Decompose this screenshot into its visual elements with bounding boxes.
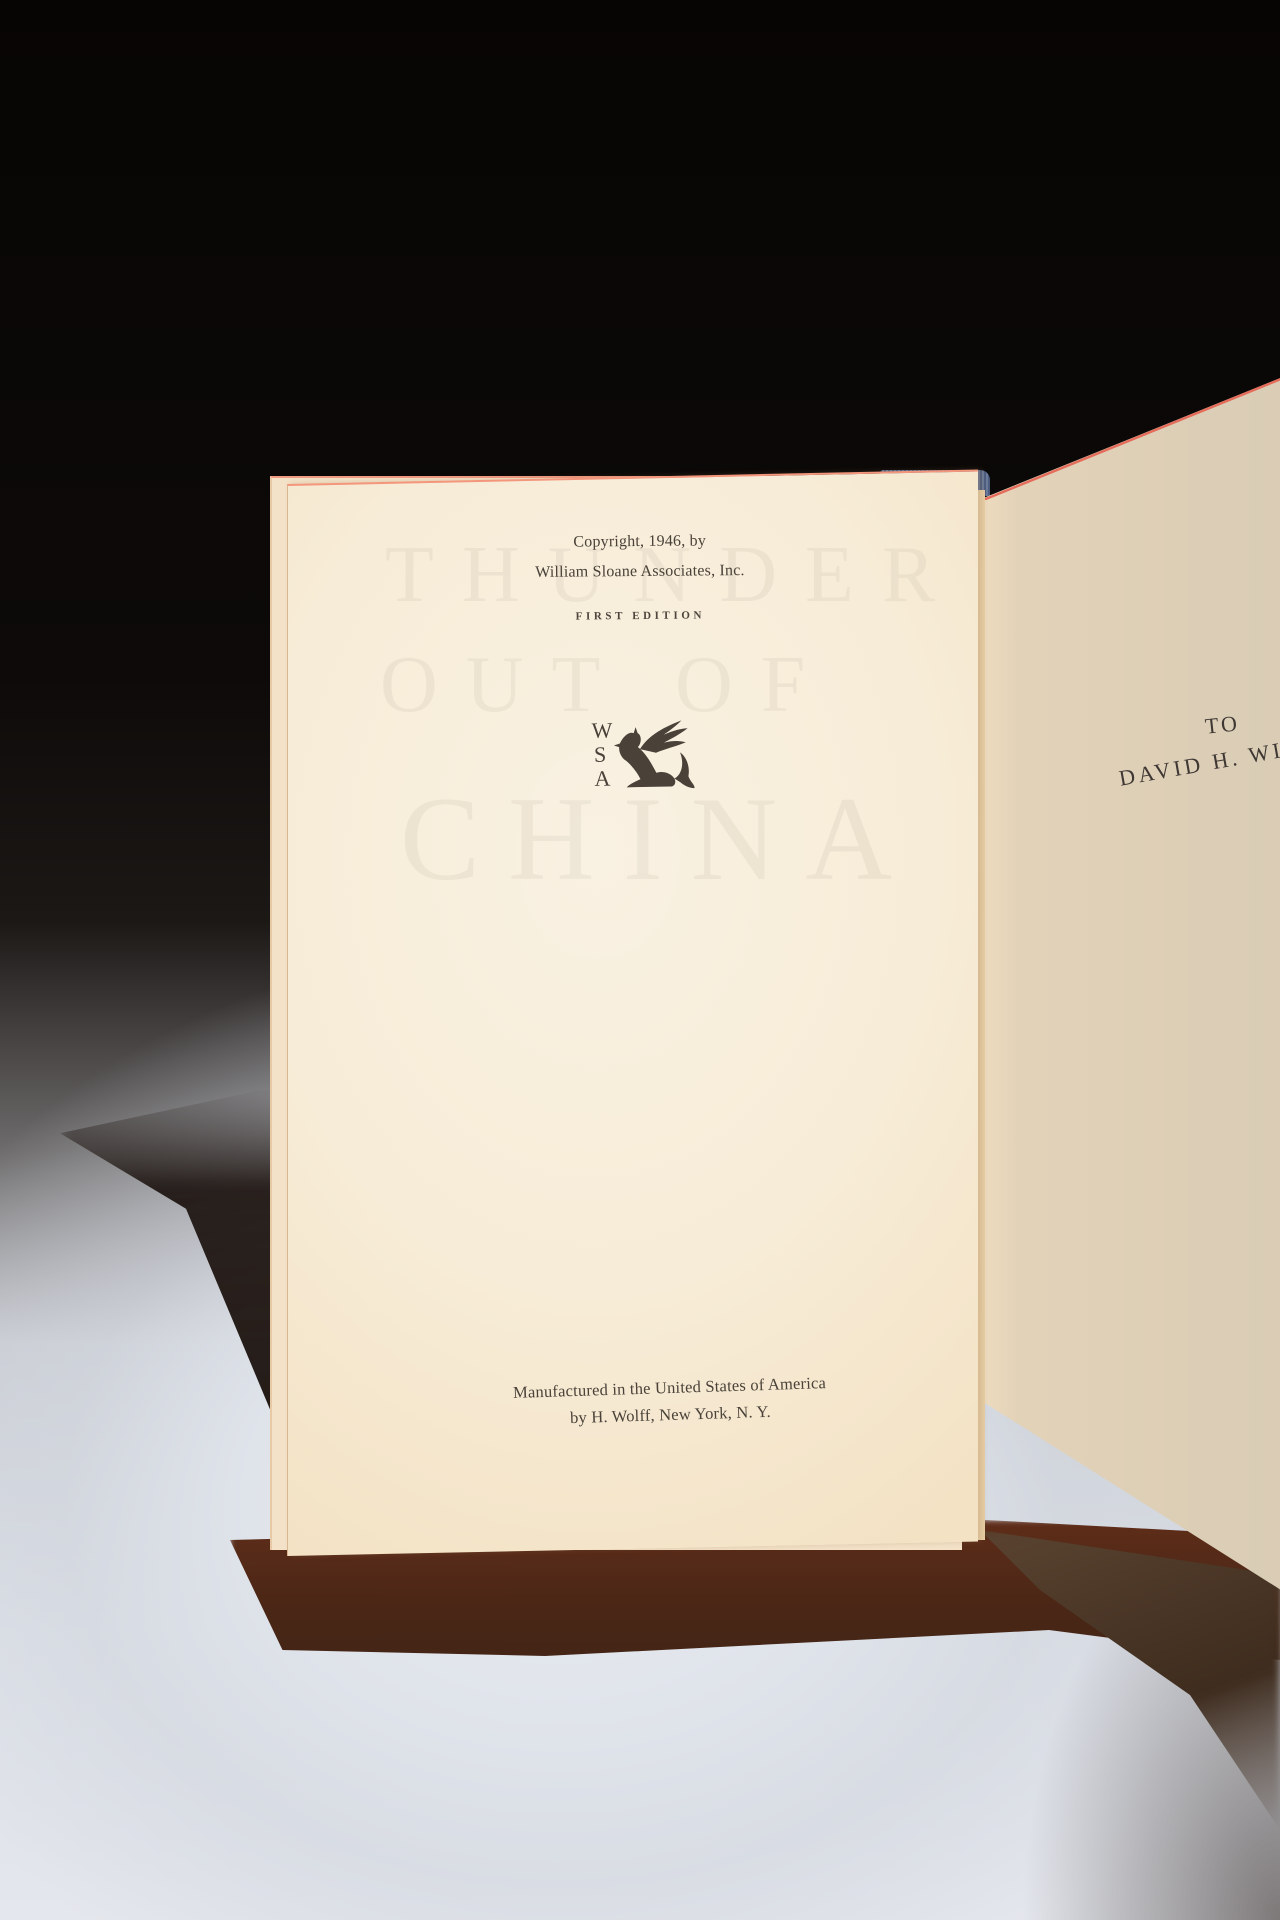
copyright-block: Copyright, 1946, by William Sloane Assoc… xyxy=(430,531,851,624)
colophon-letter-a: A xyxy=(594,766,610,791)
right-page xyxy=(980,370,1280,1602)
publisher-line: William Sloane Associates, Inc. xyxy=(430,561,850,583)
griffin-wsa-colophon-icon: W S A xyxy=(589,712,700,794)
colophon-letter-w: W xyxy=(591,718,612,743)
colophon-letter-s: S xyxy=(594,742,607,767)
dedication-to: TO xyxy=(1204,710,1241,740)
copyright-line: Copyright, 1946, by xyxy=(430,531,850,553)
